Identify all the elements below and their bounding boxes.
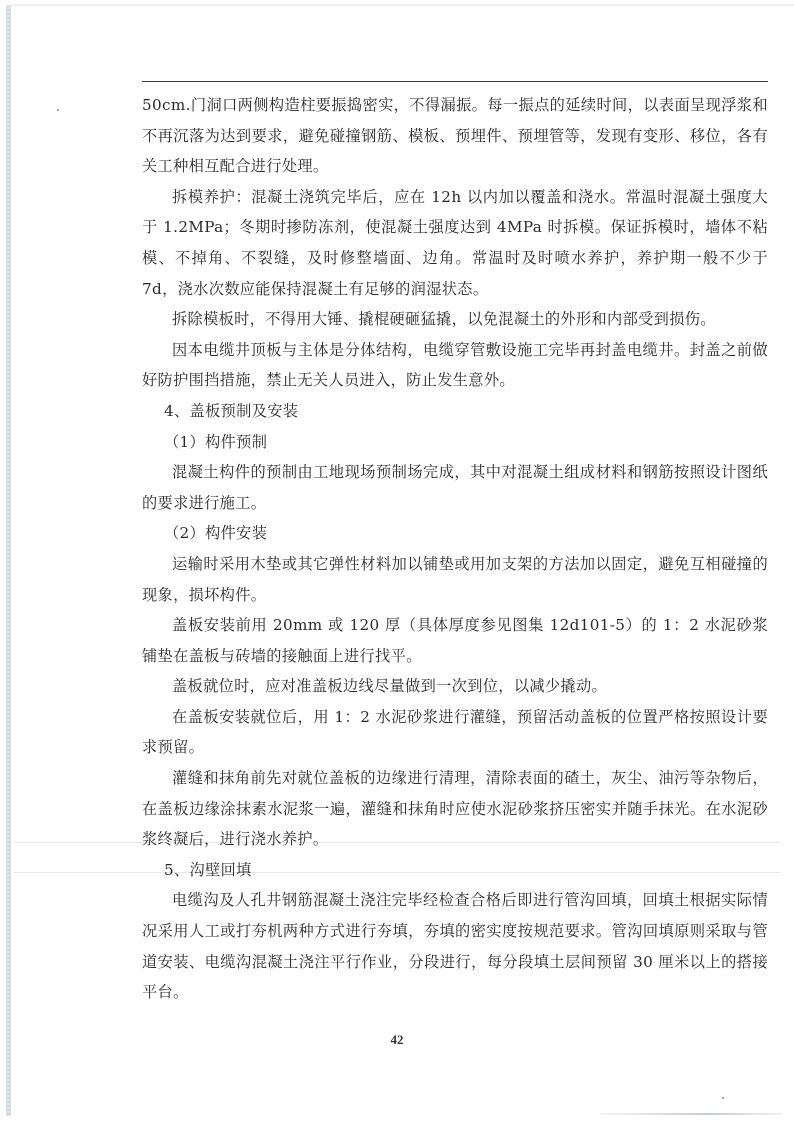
section-heading-5: 5、沟壁回填 <box>142 855 768 886</box>
paragraph-formwork-removal: 拆除模板时，不得用大锤、撬棍硬砸猛撬，以免混凝土的外形和内部受到损伤。 <box>142 304 768 335</box>
scan-left-edge <box>6 6 11 1116</box>
scan-speck <box>722 1097 724 1099</box>
paragraph-continuation: 50cm.门洞口两侧构造柱要振捣密实，不得漏振。每一振点的延续时间，以表面呈现浮… <box>142 90 768 182</box>
paragraph-transport: 运输时采用木垫或其它弹性材料加以铺垫或用加支架的方法加以固定，避免互相碰撞的现象… <box>142 549 768 610</box>
header-rule <box>142 81 768 82</box>
paragraph-cable-well-cover: 因本电缆井顶板与主体是分体结构，电缆穿管敷设施工完毕再封盖电缆井。封盖之前做好防… <box>142 335 768 396</box>
paragraph-joint-cleaning: 灌缝和抹角前先对就位盖板的边缘进行清理，清除表面的碴土，灰尘、油污等杂物后，在盖… <box>142 763 768 855</box>
paragraph-formwork-curing: 拆模养护：混凝土浇筑完毕后，应在 12h 以内加以覆盖和浇水。常温时混凝土强度大… <box>142 182 768 304</box>
paragraph-mortar-bed: 盖板安装前用 20mm 或 120 厚（具体厚度参见图集 12d101-5）的 … <box>142 610 768 671</box>
scan-speck <box>57 109 59 111</box>
document-body: 50cm.门洞口两侧构造柱要振捣密实，不得漏振。每一振点的延续时间，以表面呈现浮… <box>142 90 768 1008</box>
paragraph-backfill: 电缆沟及人孔井钢筋混凝土浇注完毕经检查合格后即进行管沟回填，回填土根据实际情况采… <box>142 885 768 1007</box>
scan-top-edge <box>6 4 794 6</box>
subheading-prefabrication: （1）构件预制 <box>142 427 768 458</box>
paragraph-grouting: 在盖板安装就位后，用 1：2 水泥砂浆进行灌缝，预留活动盖板的位置严格按照设计要… <box>142 702 768 763</box>
section-heading-4: 4、盖板预制及安装 <box>142 396 768 427</box>
paragraph-prefabrication: 混凝土构件的预制由工地现场预制场完成，其中对混凝土组成材料和钢筋按照设计图纸的要… <box>142 457 768 518</box>
page-number: 42 <box>0 1032 794 1048</box>
subheading-installation: （2）构件安装 <box>142 518 768 549</box>
scan-bottom-edge <box>600 1113 782 1115</box>
paragraph-positioning: 盖板就位时，应对准盖板边线尽量做到一次到位，以减少撬动。 <box>142 671 768 702</box>
